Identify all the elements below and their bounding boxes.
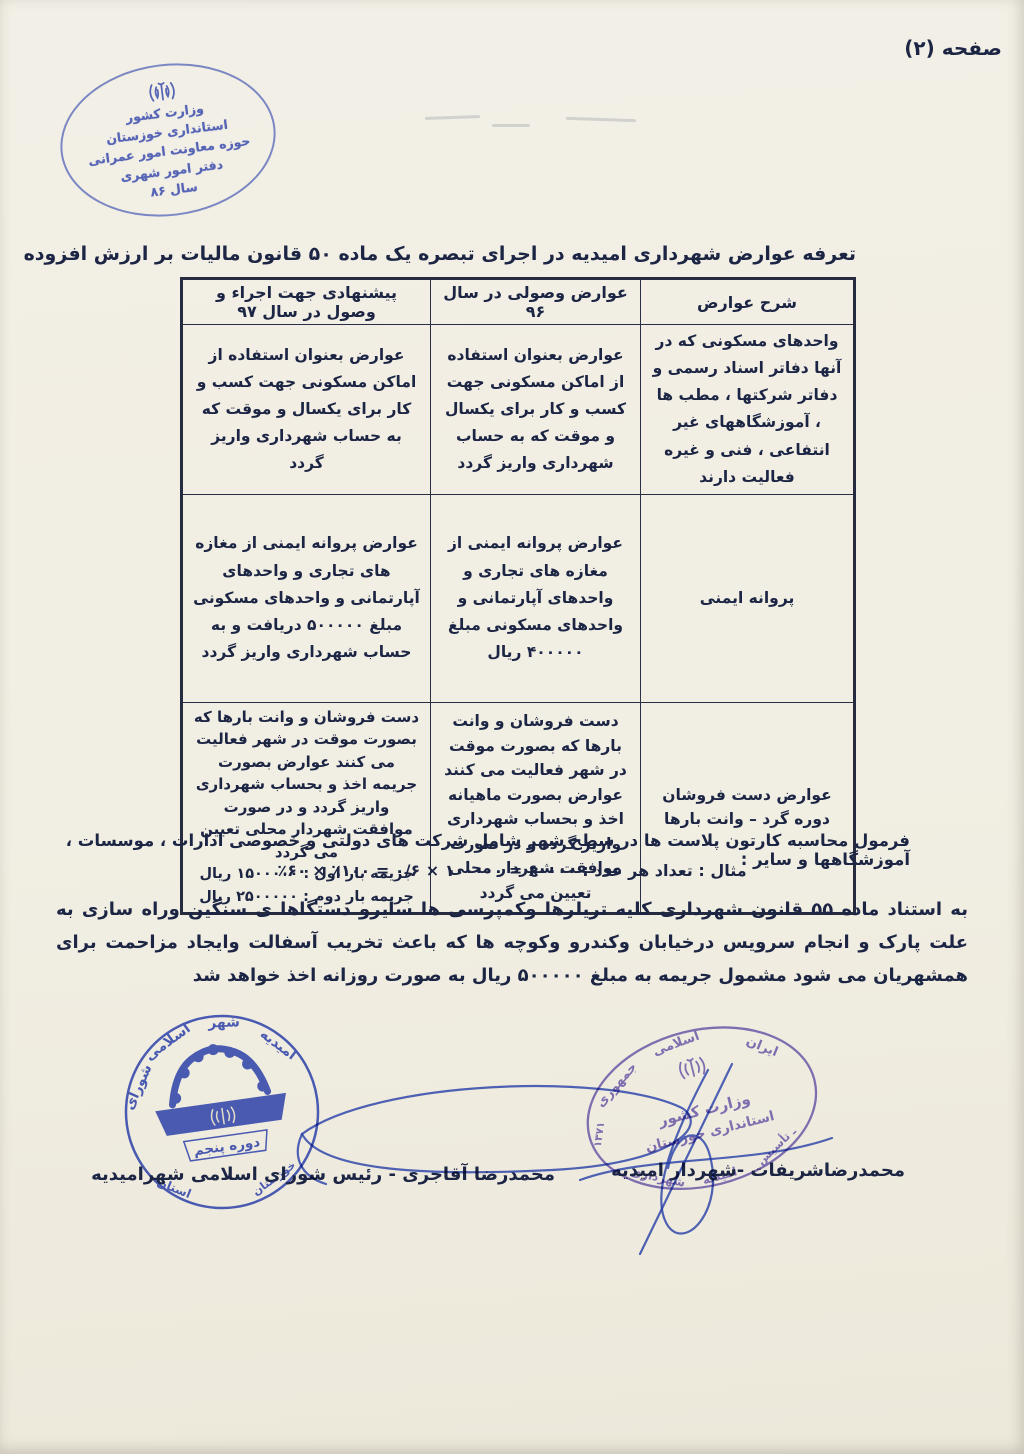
governorate-office-stamp: وزارت کشور استانداری خوزستان حوزه معاونت… (52, 51, 285, 228)
col-header-description: شرح عوارض (641, 279, 855, 325)
cell-description: عوارض دست فروشان دوره گرد – وانت بارها (641, 702, 855, 913)
page-number: صفحه (۲) (904, 36, 1002, 60)
article-55-paragraph: به استناد ماده ۵۵ قانون شهرداری کلیه تری… (56, 894, 968, 992)
col-header-proposed-97: پیشنهادی جهت اجراء و وصول در سال ۹۷ (182, 279, 431, 325)
cell-collected-96: عوارض بعنوان استفاده از اماکن مسکونی جهت… (431, 325, 641, 495)
council-logo: دوره پنجم (147, 1035, 293, 1165)
document-page: صفحه (۲) وزارت کشور استانداری خوزستان حو… (0, 0, 1024, 1454)
scan-artifact (566, 117, 636, 122)
table-row: واحدهای مسکونی که در آنها دفاتر اسناد رس… (182, 325, 855, 495)
cell-proposed-97: عوارض پروانه ایمنی از مغازه های تجاری و … (182, 494, 431, 702)
stamp-arc-word: شهر (207, 1014, 240, 1031)
example-note: مثال : تعداد هر عدد : ۶۰۰۰۰ = ۱۰۰۰۰۰ × ۰… (57, 861, 967, 880)
scan-artifact (425, 115, 480, 120)
signature-scribble (556, 1058, 846, 1263)
table-row: عوارض دست فروشان دوره گرد – وانت بارها د… (182, 702, 855, 913)
tariff-table: شرح عوارض عوارض وصولی در سال ۹۶ پیشنهادی… (180, 277, 856, 915)
cell-proposed-97: دست فروشان و وانت بارها که بصورت موقت در… (182, 702, 431, 913)
cell-proposed-97: عوارض بعنوان استفاده از اماکن مسکونی جهت… (182, 325, 431, 495)
stamp-arc-word: شورای (121, 1062, 155, 1113)
table-header-row: شرح عوارض عوارض وصولی در سال ۹۶ پیشنهادی… (182, 279, 855, 325)
cell-collected-96: دست فروشان و وانت بارها که بصورت موقت در… (431, 702, 641, 913)
table-row: پروانه ایمنی عوارض پروانه ایمنی از مغازه… (182, 494, 855, 702)
stamp-arc-word: امیدیه (257, 1026, 299, 1063)
document-title: تعرفه عوارض شهرداری امیدیه در اجرای تبصر… (24, 243, 856, 265)
cell-collected-96: عوارض پروانه ایمنی از مغازه های تجاری و … (431, 494, 641, 702)
iran-emblem-icon (146, 80, 178, 104)
col-header-collected-96: عوارض وصولی در سال ۹۶ (431, 279, 641, 325)
cell-description: واحدهای مسکونی که در آنها دفاتر اسناد رس… (641, 325, 855, 495)
cell-description: پروانه ایمنی (641, 494, 855, 702)
stamp-arc-word: اسلامی (142, 1021, 193, 1065)
scan-artifact (492, 124, 530, 127)
